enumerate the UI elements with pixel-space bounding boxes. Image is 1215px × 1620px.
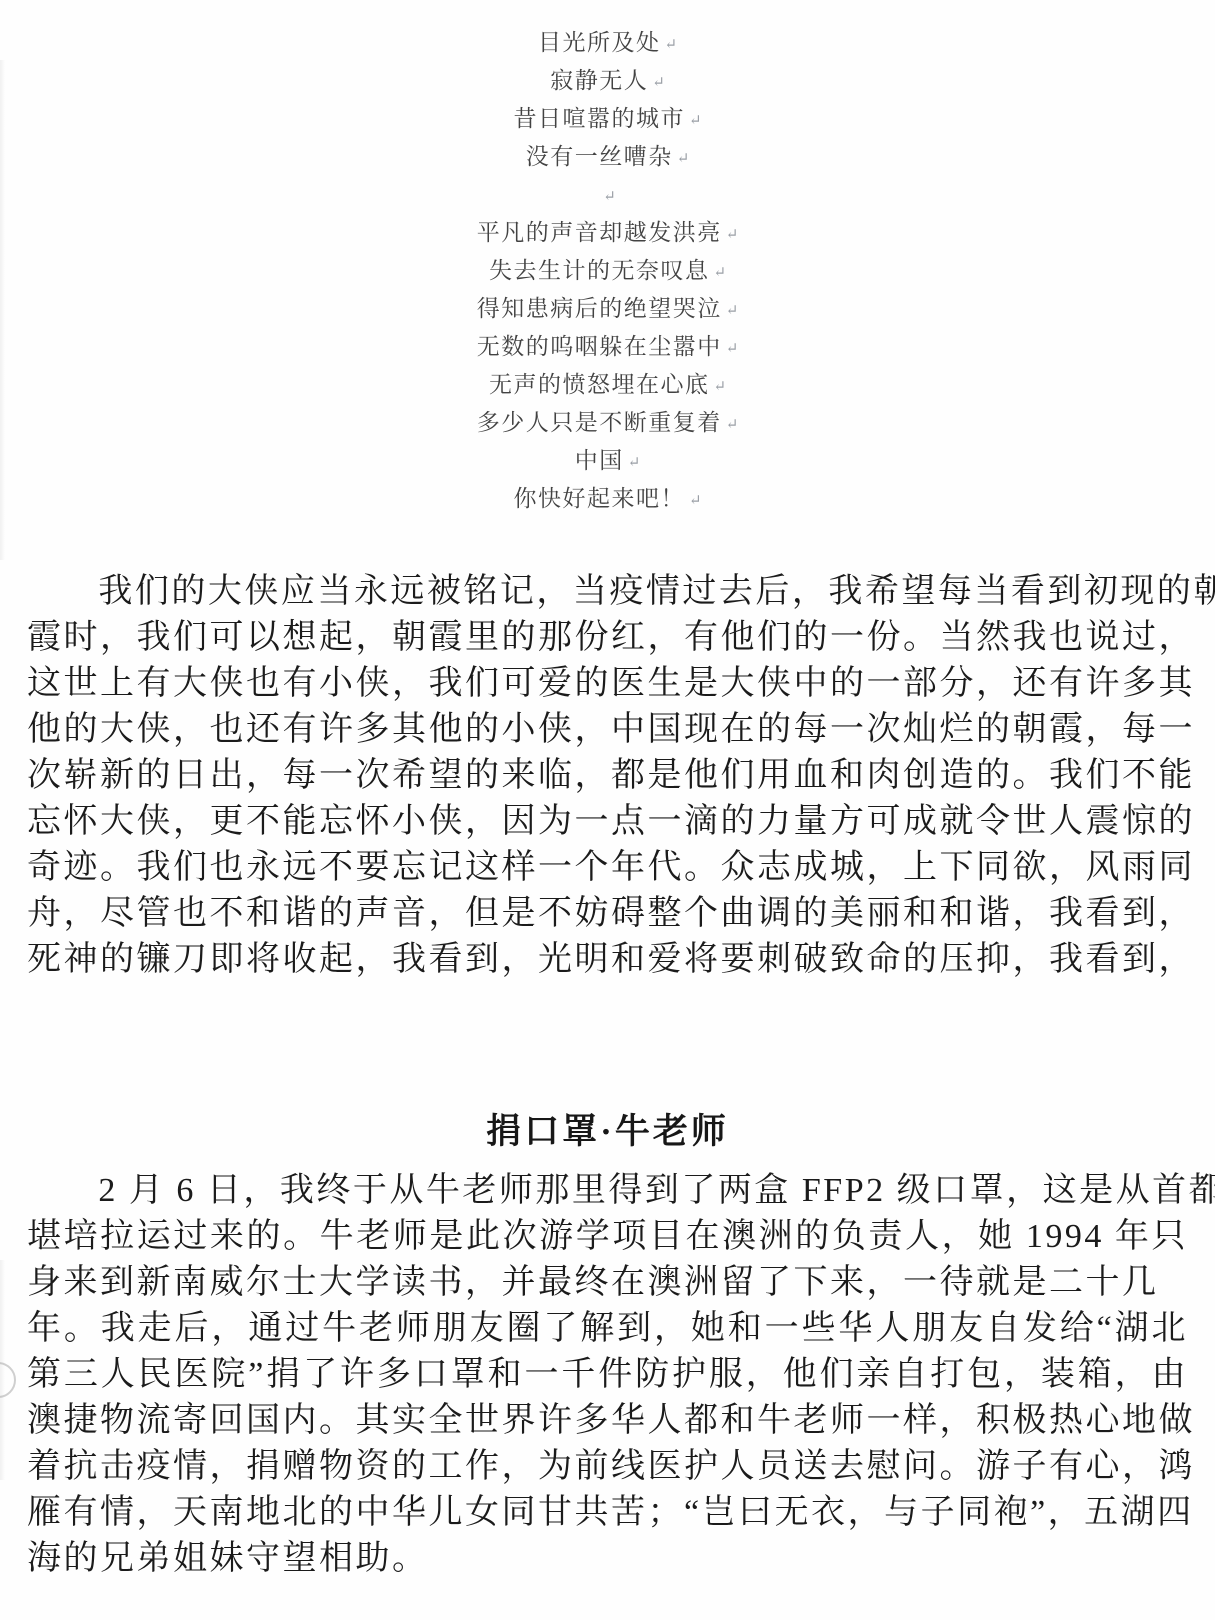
poem-line-text: 寂静无人 [550,68,648,93]
paragraph-masks: 2 月 6 日，我终于从牛老师那里得到了两盒 FFP2 级口罩，这是从首都 堪培… [27,1168,1188,1582]
poem-line-text: 平凡的声音却越发洪亮 [477,220,722,245]
poem-line: 无数的呜咽躲在尘嚣中↵ [0,328,1215,366]
poem-line: 寂静无人↵ [0,62,1215,100]
return-mark-icon: ↵ [664,37,677,53]
poem-line: 你快好起来吧！↵ [0,480,1215,518]
poem-line: 昔日喧嚣的城市↵ [0,100,1215,138]
poem-line: 中国↵ [0,442,1215,480]
poem-line-text: 没有一丝嘈杂 [526,144,673,169]
poem-line-text: 无数的呜咽躲在尘嚣中 [477,334,722,359]
paragraph-line: 霞时，我们可以想起，朝霞里的那份红，有他们的一份。当然我也说过， [27,615,1188,661]
paragraph-line: 着抗击疫情，捐赠物资的工作，为前线医护人员送去慰问。游子有心，鸿 [27,1444,1188,1490]
paragraph-line: 次崭新的日出，每一次希望的来临，都是他们用血和肉创造的。我们不能 [27,753,1188,799]
poem-line: 多少人只是不断重复着↵ [0,404,1215,442]
paragraph-line: 忘怀大侠，更不能忘怀小侠，因为一点一滴的力量方可成就令世人震惊的 [27,799,1188,845]
poem-line-empty: ↵ [0,176,1215,214]
paragraph-line: 舟，尽管也不和谐的声音，但是不妨碍整个曲调的美丽和和谐，我看到， [27,891,1188,937]
return-mark-icon: ↵ [726,303,739,319]
return-mark-icon: ↵ [603,189,616,205]
poem-line-text: 你快好起来吧！ [513,486,685,511]
return-mark-icon: ↵ [689,493,702,509]
return-mark-icon: ↵ [652,75,665,91]
poem-line: 无声的愤怒埋在心底↵ [0,366,1215,404]
return-mark-icon: ↵ [713,265,726,281]
paragraph-line: 澳捷物流寄回国内。其实全世界许多华人都和牛老师一样，积极热心地做 [27,1398,1188,1444]
paragraph-line: 雁有情，天南地北的中华儿女同甘共苦；“岂曰无衣，与子同袍”，五湖四 [27,1490,1188,1536]
return-mark-icon: ↵ [689,113,702,129]
paragraph-line: 第三人民医院”捐了许多口罩和一千件防护服，他们亲自打包，装箱，由 [27,1352,1188,1398]
return-mark-icon: ↵ [677,151,690,167]
paragraph-line: 死神的镰刀即将收起，我看到，光明和爱将要刺破致命的压抑，我看到， [27,937,1188,983]
scan-artifact-circle [0,1362,16,1398]
return-mark-icon: ↵ [726,417,739,433]
paragraph-line: 海的兄弟姐妹守望相助。 [27,1536,1188,1582]
poem-line-text: 无声的愤怒埋在心底 [489,372,710,397]
poem-block: 目光所及处↵ 寂静无人↵ 昔日喧嚣的城市↵ 没有一丝嘈杂↵ ↵ 平凡的声音却越发… [0,24,1215,518]
paragraph-line: 年。我走后，通过牛老师朋友圈了解到，她和一些华人朋友自发给“湖北 [27,1306,1188,1352]
poem-line: 没有一丝嘈杂↵ [0,138,1215,176]
paragraph-line: 2 月 6 日，我终于从牛老师那里得到了两盒 FFP2 级口罩，这是从首都 [27,1168,1188,1214]
paragraph-heroes: 我们的大侠应当永远被铭记，当疫情过去后，我希望每当看到初现的朝 霞时，我们可以想… [27,569,1188,983]
paragraph-line: 堪培拉运过来的。牛老师是此次游学项目在澳洲的负责人，她 1994 年只 [27,1214,1188,1260]
poem-line-text: 目光所及处 [538,30,661,55]
section-heading: 捐口罩·牛老师 [0,1109,1215,1155]
poem-line: 平凡的声音却越发洪亮↵ [0,214,1215,252]
paragraph-line: 奇迹。我们也永远不要忘记这样一个年代。众志成城，上下同欲，风雨同 [27,845,1188,891]
return-mark-icon: ↵ [628,455,641,471]
poem-line: 失去生计的无奈叹息↵ [0,252,1215,290]
poem-line: 目光所及处↵ [0,24,1215,62]
return-mark-icon: ↵ [726,227,739,243]
poem-line: 得知患病后的绝望哭泣↵ [0,290,1215,328]
paragraph-line: 这世上有大侠也有小侠，我们可爱的医生是大侠中的一部分，还有许多其 [27,661,1188,707]
return-mark-icon: ↵ [713,379,726,395]
poem-line-text: 多少人只是不断重复着 [477,410,722,435]
poem-line-text: 昔日喧嚣的城市 [513,106,685,131]
poem-line-text: 中国 [575,448,624,473]
paragraph-line: 他的大侠，也还有许多其他的小侠，中国现在的每一次灿烂的朝霞，每一 [27,707,1188,753]
paragraph-line: 我们的大侠应当永远被铭记，当疫情过去后，我希望每当看到初现的朝 [27,569,1188,615]
return-mark-icon: ↵ [726,341,739,357]
paragraph-line: 身来到新南威尔士大学读书，并最终在澳洲留了下来，一待就是二十几 [27,1260,1188,1306]
scanned-document-page: 目光所及处↵ 寂静无人↵ 昔日喧嚣的城市↵ 没有一丝嘈杂↵ ↵ 平凡的声音却越发… [0,0,1215,1620]
poem-line-text: 得知患病后的绝望哭泣 [477,296,722,321]
poem-line-text: 失去生计的无奈叹息 [489,258,710,283]
